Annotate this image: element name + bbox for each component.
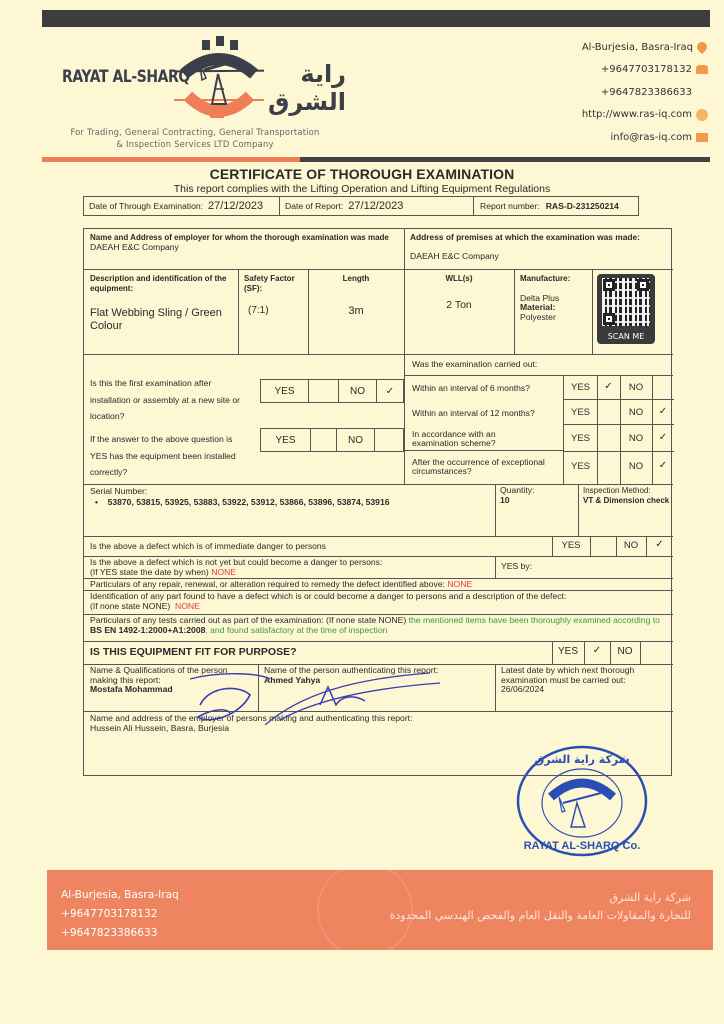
safety-factor-section: Safety Factor (SF): (7:1) bbox=[244, 274, 306, 316]
serial-list: • 53870, 53815, 53925, 53883, 53922, 539… bbox=[95, 498, 490, 508]
interval-12-question: Within an interval of 12 months? bbox=[412, 409, 562, 419]
qr-code[interactable]: SCAN ME bbox=[597, 274, 655, 344]
stamp-text-ar: شركة راية الشرق bbox=[534, 753, 629, 766]
manufacture-label: Manufacture: bbox=[520, 274, 590, 284]
contact-text: +9647823386633 bbox=[601, 87, 692, 98]
divider bbox=[564, 424, 674, 425]
equipment-label: Description and identification of the eq… bbox=[90, 274, 235, 293]
immediate-no-checkbox[interactable]: ✓ bbox=[646, 540, 673, 550]
divider bbox=[404, 354, 405, 484]
material-value: Polyester bbox=[520, 313, 590, 323]
scheme-question: In accordance with an examination scheme… bbox=[412, 430, 532, 448]
quantity-value: 10 bbox=[500, 496, 575, 506]
yes-label: YES bbox=[564, 462, 597, 472]
no-label: NO bbox=[616, 541, 646, 551]
installed-yes-checkbox[interactable] bbox=[311, 429, 337, 451]
divider bbox=[84, 711, 673, 712]
tagline-line-2: & Inspection Services LTD Company bbox=[60, 138, 330, 150]
report-date-value: 27/12/2023 bbox=[348, 200, 403, 212]
report-number-label: Report number: bbox=[480, 201, 540, 211]
could-become-value: NONE bbox=[211, 567, 236, 577]
footer-company-ar: شركة راية الشرق للتجارة والمقاولات العام… bbox=[390, 889, 691, 925]
divider bbox=[514, 269, 515, 354]
wll-section: WLL(s) 2 Ton bbox=[404, 274, 514, 310]
equipment-section: Description and identification of the eq… bbox=[90, 274, 235, 333]
authenticator-section: Name of the person authenticating this r… bbox=[264, 666, 494, 685]
report-number-cell: Report number:RAS-D-231250214 bbox=[474, 197, 638, 215]
top-dark-bar bbox=[42, 10, 710, 27]
yes-by-label: YES by: bbox=[501, 562, 532, 572]
tests-standard: BS EN 1492-1:2000+A1:2008 bbox=[90, 625, 205, 635]
contact-phone-1: +9647703178132 bbox=[582, 59, 708, 82]
equipment-value: Flat Webbing Sling / Green Colour bbox=[90, 307, 235, 333]
serial-label: Serial Number: bbox=[90, 487, 490, 497]
contact-text: +9647703178132 bbox=[601, 64, 692, 75]
divider bbox=[84, 536, 673, 537]
divider bbox=[495, 556, 496, 578]
divider bbox=[84, 269, 673, 270]
tagline-line-1: For Trading, General Contracting, Genera… bbox=[60, 126, 330, 138]
globe-icon bbox=[696, 109, 708, 121]
first-exam-question: Is this the first examination after inst… bbox=[90, 375, 240, 425]
immediate-danger-question: Is the above a defect which is of immedi… bbox=[90, 542, 326, 552]
exceptional-question: After the occurrence of exceptional circ… bbox=[412, 458, 552, 476]
tests-label: Particulars of any tests carried out as … bbox=[90, 615, 406, 625]
company-logo: RAYAT AL-SHARQ راية الشرق bbox=[56, 34, 346, 124]
divider bbox=[238, 269, 239, 354]
no-label: NO bbox=[339, 380, 377, 402]
footer-phone-2: +9647823386633 bbox=[61, 924, 179, 943]
footer-contacts: Al-Burjesia, Basra-Iraq +9647703178132 +… bbox=[61, 886, 179, 943]
footer-phone-1: +9647703178132 bbox=[61, 905, 179, 924]
interval-6-question: Within an interval of 6 months? bbox=[412, 384, 562, 394]
no-label: NO bbox=[337, 429, 375, 451]
contact-website[interactable]: http://www.ras-iq.com bbox=[582, 104, 708, 127]
qr-finder bbox=[603, 279, 615, 291]
contact-text: Al-Burjesia, Basra-Iraq bbox=[582, 42, 693, 53]
separator-orange bbox=[42, 157, 300, 162]
yes-label: YES bbox=[564, 383, 597, 393]
quantity-section: Quantity: 10 bbox=[500, 486, 575, 505]
report-date-label: Date of Report: bbox=[285, 201, 343, 211]
length-label: Length bbox=[308, 274, 404, 284]
divider bbox=[495, 484, 496, 536]
inspection-method-section: Inspection Method: VT & Dimension check bbox=[583, 486, 671, 505]
website-link[interactable]: http://www.ras-iq.com bbox=[582, 109, 692, 120]
company-tagline: For Trading, General Contracting, Genera… bbox=[60, 126, 330, 150]
interval-6-yes-checkbox[interactable]: ✓ bbox=[597, 382, 620, 392]
quantity-label: Quantity: bbox=[500, 486, 575, 496]
authenticator-value: Ahmed Yahya bbox=[264, 676, 494, 686]
location-pin-icon bbox=[695, 40, 709, 54]
report-number-value: RAS-D-231250214 bbox=[546, 201, 619, 211]
contact-info: Al-Burjesia, Basra-Iraq +9647703178132 +… bbox=[582, 36, 708, 149]
divider bbox=[640, 641, 641, 664]
tests-value: the mentioned items have been thoroughly… bbox=[409, 615, 660, 625]
fit-yes-checkbox[interactable]: ✓ bbox=[584, 646, 610, 656]
yes-label: YES bbox=[552, 541, 590, 551]
email-link[interactable]: info@ras-iq.com bbox=[611, 132, 692, 143]
qr-finder bbox=[603, 313, 615, 325]
divider bbox=[84, 354, 673, 355]
bullet: • bbox=[95, 497, 108, 507]
divider bbox=[590, 536, 591, 556]
maker-value: Mostafa Mohammad bbox=[90, 685, 255, 695]
divider bbox=[564, 399, 674, 400]
divider bbox=[404, 450, 564, 451]
report-date-cell: Date of Report:27/12/2023 bbox=[280, 197, 474, 215]
footer-name-ar: شركة راية الشرق bbox=[390, 889, 691, 907]
exceptional-no-checkbox[interactable]: ✓ bbox=[652, 461, 674, 471]
length-section: Length 3m bbox=[308, 274, 404, 318]
separator-dark bbox=[300, 157, 710, 162]
employer-section: Name and Address of employer for whom th… bbox=[90, 233, 390, 252]
premises-section: Address of premises at which the examina… bbox=[410, 233, 670, 261]
repair-section: Particulars of any repair, renewal, or a… bbox=[90, 580, 472, 590]
yes-label: YES bbox=[564, 434, 597, 444]
manufacture-section: Manufacture: Delta Plus Material: Polyes… bbox=[520, 274, 590, 322]
company-stamp: شركة راية الشرق RAYAT AL-SHARQ Co. bbox=[515, 745, 649, 857]
yes-label: YES bbox=[564, 408, 597, 418]
divider bbox=[258, 664, 259, 711]
report-maker-section: Name & Qualifications of the person maki… bbox=[90, 666, 255, 695]
divider bbox=[84, 484, 673, 485]
divider bbox=[564, 451, 674, 452]
identification-value: NONE bbox=[175, 601, 200, 611]
divider bbox=[592, 269, 593, 354]
premises-value: DAEAH E&C Company bbox=[410, 252, 670, 262]
examination-form: Name and Address of employer for whom th… bbox=[83, 228, 672, 776]
could-become-section: Is the above a defect which is not yet b… bbox=[90, 558, 490, 577]
company-name-en: RAYAT AL-SHARQ bbox=[62, 67, 190, 87]
exam-date-label: Date of Through Examination: bbox=[89, 201, 203, 211]
identification-section: Identification of any part found to have… bbox=[90, 592, 670, 611]
next-exam-value: 26/06/2024 bbox=[501, 685, 671, 695]
safety-factor-label: Safety Factor (SF): bbox=[244, 274, 306, 293]
next-exam-section: Latest date by which next thorough exami… bbox=[501, 666, 671, 695]
no-label: NO bbox=[620, 462, 652, 472]
yes-label: YES bbox=[261, 380, 309, 402]
phone-icon bbox=[696, 65, 708, 74]
exam-date-value: 27/12/2023 bbox=[208, 200, 263, 212]
fit-for-purpose-question: IS THIS EQUIPMENT FIT FOR PURPOSE? bbox=[90, 648, 297, 658]
identification-note: (If none state NONE) bbox=[90, 601, 170, 611]
divider bbox=[578, 484, 579, 536]
serial-section: Serial Number: • 53870, 53815, 53925, 53… bbox=[90, 487, 490, 507]
footer-bar: Al-Burjesia, Basra-Iraq +9647703178132 +… bbox=[47, 870, 713, 950]
contact-address: Al-Burjesia, Basra-Iraq bbox=[582, 36, 708, 59]
date-bar: Date of Through Examination:27/12/2023 D… bbox=[83, 196, 639, 216]
carried-out-grid: YES ✓ NO YES NO ✓ YES NO ✓ YES NO ✓ bbox=[563, 375, 673, 484]
could-become-note: (If YES state the date by when) bbox=[90, 567, 209, 577]
installed-question: If the answer to the above question is Y… bbox=[90, 431, 250, 481]
footer-address: Al-Burjesia, Basra-Iraq bbox=[61, 886, 179, 905]
certificate-subtitle: This report complies with the Lifting Op… bbox=[0, 183, 724, 195]
company-name-ar: راية الشرق bbox=[234, 60, 346, 116]
inspection-method-label: Inspection Method: bbox=[583, 486, 671, 496]
tests-value-end: , and found satisfactory at the time of … bbox=[205, 625, 387, 635]
qr-finder bbox=[637, 279, 649, 291]
footer-desc-ar: للتجارة والمقاولات العامة والنقل العام و… bbox=[390, 907, 691, 925]
interval-12-no-checkbox[interactable]: ✓ bbox=[652, 407, 674, 417]
report-employer-value: Hussein Ali Hussein, Basra, Burjesia bbox=[90, 724, 670, 734]
maker-label: Name & Qualifications of the person maki… bbox=[90, 666, 255, 685]
scan-me-label: SCAN ME bbox=[597, 332, 655, 341]
installed-no-checkbox[interactable] bbox=[375, 429, 403, 451]
next-exam-label: Latest date by which next thorough exami… bbox=[501, 666, 671, 685]
serial-value: 53870, 53815, 53925, 53883, 53922, 53912… bbox=[108, 497, 390, 507]
yes-label: YES bbox=[552, 647, 584, 657]
first-exam-options: YES NO ✓ bbox=[260, 379, 404, 403]
carried-out-label: Was the examination carried out: bbox=[412, 360, 537, 370]
repair-label: Particulars of any repair, renewal, or a… bbox=[90, 579, 445, 589]
contact-phone-2: +9647823386633 bbox=[582, 81, 708, 104]
scheme-no-checkbox[interactable]: ✓ bbox=[652, 433, 674, 443]
no-label: NO bbox=[620, 408, 652, 418]
installed-options: YES NO bbox=[260, 428, 404, 452]
first-exam-yes-checkbox[interactable] bbox=[309, 380, 339, 402]
wll-value: 2 Ton bbox=[404, 301, 514, 311]
divider bbox=[495, 664, 496, 711]
employer-value: DAEAH E&C Company bbox=[90, 243, 390, 253]
yes-label: YES bbox=[261, 429, 311, 451]
no-label: NO bbox=[620, 434, 652, 444]
stamp-text-en: RAYAT AL-SHARQ Co. bbox=[524, 840, 641, 852]
safety-factor-value: (7:1) bbox=[248, 306, 306, 316]
length-value: 3m bbox=[308, 305, 404, 318]
no-label: NO bbox=[610, 647, 640, 657]
premises-label: Address of premises at which the examina… bbox=[410, 233, 670, 243]
certificate-title: CERTIFICATE OF THOROUGH EXAMINATION bbox=[0, 166, 724, 182]
inspection-method-value: VT & Dimension check bbox=[583, 496, 671, 506]
contact-email[interactable]: info@ras-iq.com bbox=[582, 126, 708, 149]
mail-icon bbox=[696, 133, 708, 142]
first-exam-no-checkbox[interactable]: ✓ bbox=[377, 380, 403, 402]
repair-value: NONE bbox=[447, 579, 472, 589]
exam-date-cell: Date of Through Examination:27/12/2023 bbox=[84, 197, 280, 215]
blank-icon bbox=[696, 86, 708, 98]
report-employer-section: Name and address of the employer of pers… bbox=[90, 714, 670, 733]
tests-section: Particulars of any tests carried out as … bbox=[90, 616, 670, 635]
no-label: NO bbox=[620, 383, 652, 393]
wll-label: WLL(s) bbox=[404, 274, 514, 284]
